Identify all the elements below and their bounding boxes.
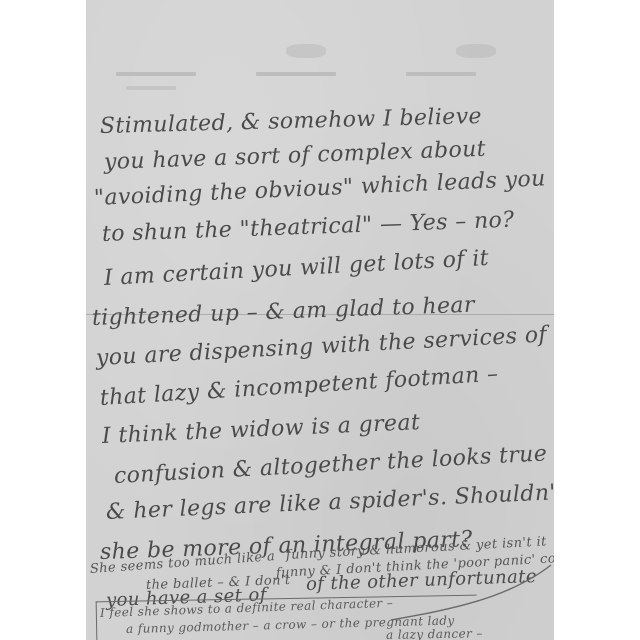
letterhead-text-block: [256, 72, 336, 76]
boxed-note-line-3: a lazy dancer –: [386, 626, 483, 640]
letterhead-text-block: [116, 72, 196, 76]
letterhead-crest-icon: [456, 44, 496, 58]
letter-line-5: I am certain you will get lots of it: [103, 246, 489, 291]
letter-line-9: I think the widow is a great: [101, 410, 420, 449]
letterhead: [86, 72, 554, 102]
letter-line-8: that lazy & incompetent footman –: [99, 362, 499, 411]
letter-line-10: confusion & altogether the looks true: [113, 441, 547, 489]
letter-line-2: you have a sort of complex about: [104, 137, 487, 175]
letter-sheet: Stimulated, & somehow I believe you have…: [86, 0, 554, 640]
letter-line-11: & her legs are like a spider's. Shouldn'…: [105, 480, 554, 525]
letter-line-6: tightened up – & am glad to hear: [92, 293, 476, 331]
page-canvas: Stimulated, & somehow I believe you have…: [0, 0, 640, 640]
letterhead-crest-icon: [286, 44, 326, 58]
letterhead-text-block: [406, 72, 476, 76]
letterhead-text-block: [126, 86, 176, 90]
letter-line-1: Stimulated, & somehow I believe: [100, 104, 483, 139]
letter-line-4: to shun the "theatrical" — Yes – no?: [102, 208, 515, 247]
